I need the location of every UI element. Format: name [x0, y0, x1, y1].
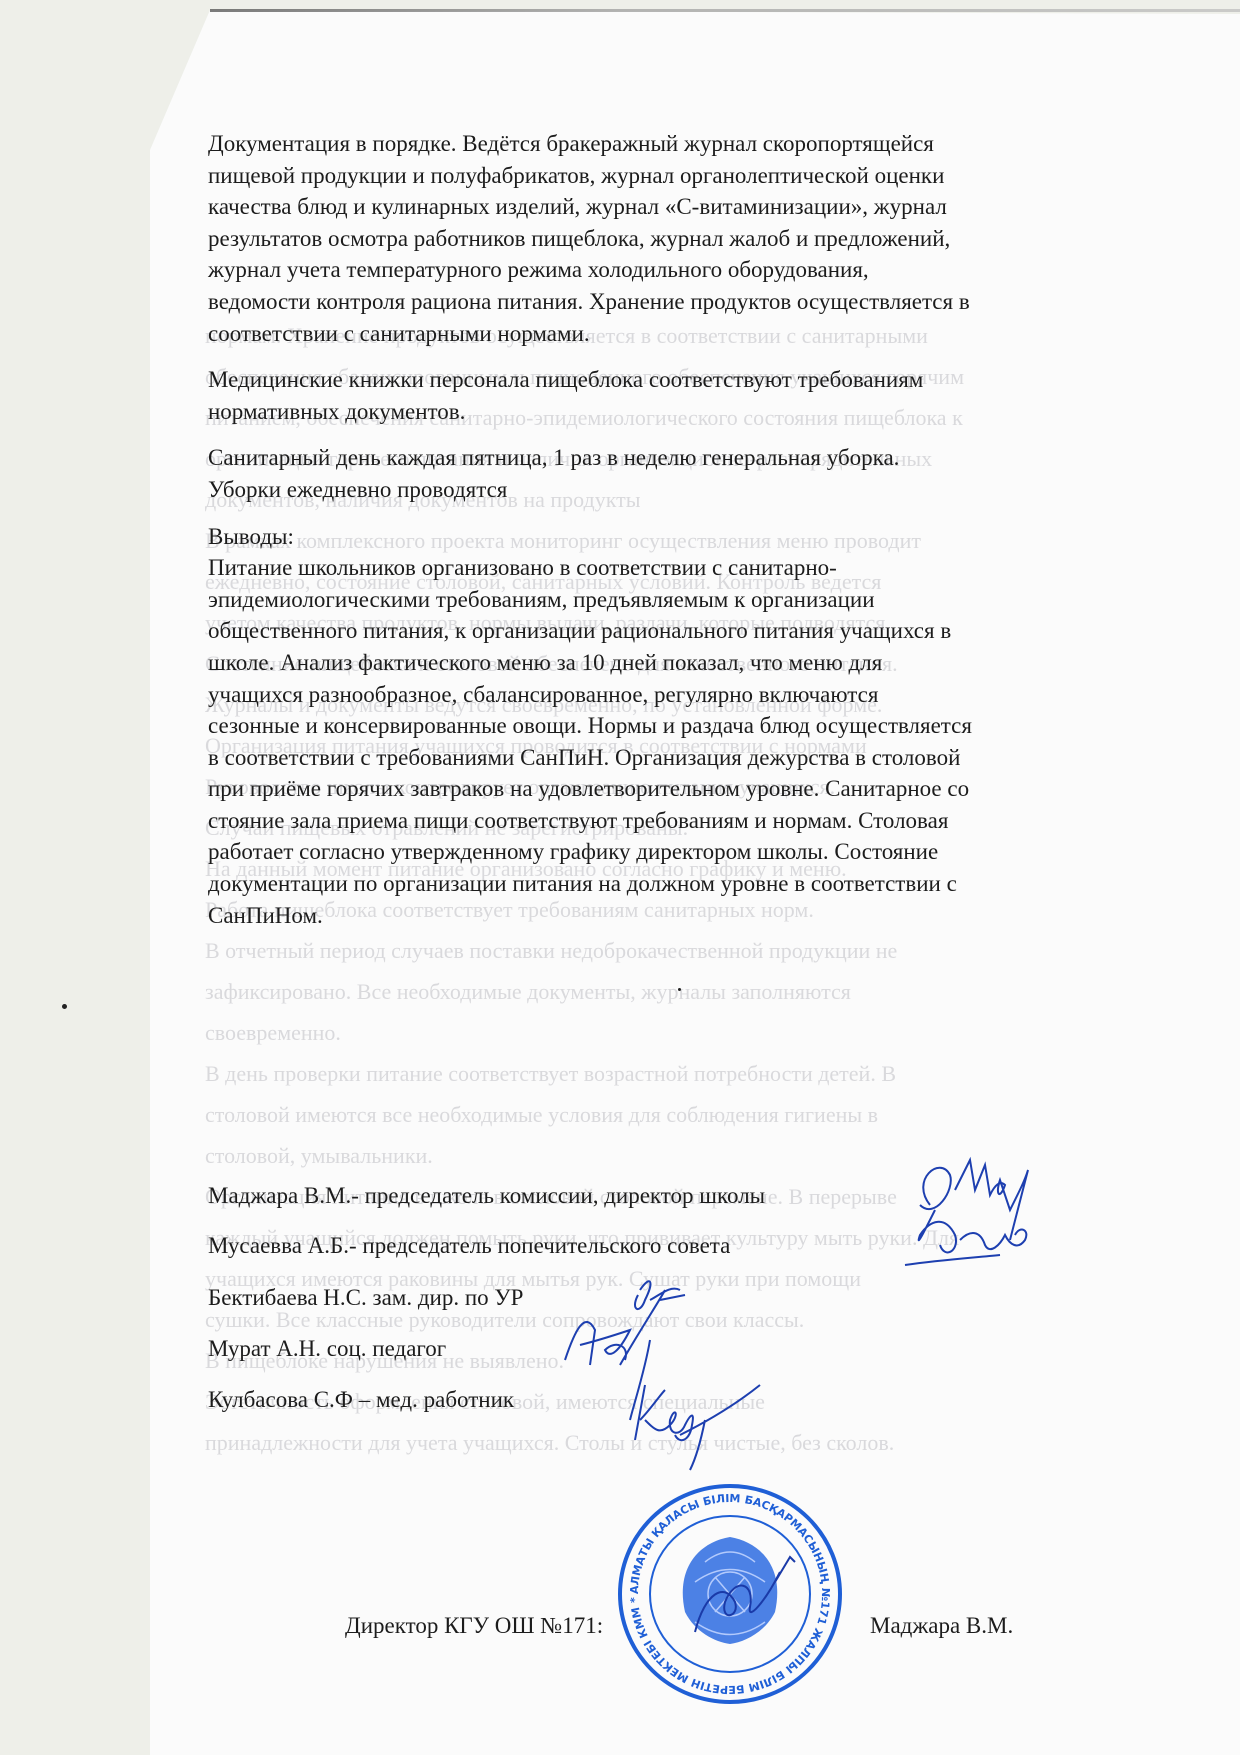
signatory-2: Мусаевва А.Б.- председатель попечительск… — [208, 1233, 730, 1259]
scan-speck — [62, 1004, 67, 1009]
signature-kulbasova-icon — [620, 1365, 770, 1475]
text-line: документации по организации питания на д… — [208, 868, 972, 900]
text-line: при приёме горячих завтраков на удовлетв… — [208, 773, 972, 805]
signatory-1: Маджара В.М.- председатель комиссии, дир… — [208, 1183, 765, 1209]
text-line: Санитарный день каждая пятница, 1 раз в … — [208, 442, 972, 474]
text-line: СанПиНом. — [208, 900, 972, 932]
text-line: нормативных документов. — [208, 396, 972, 428]
conclusions-text: Питание школьников организовано в соотве… — [208, 552, 972, 931]
show-through-line: зафиксировано. Все необходимые документы… — [205, 976, 1205, 1007]
text-line: результатов осмотра работников пищеблока… — [208, 223, 972, 255]
paragraph-documentation: Документация в порядке. Ведётся бракераж… — [208, 128, 972, 349]
page-edge-shadow — [210, 9, 1240, 12]
show-through-line: столовой имеются все необходимые условия… — [205, 1099, 1205, 1130]
paragraph-sanitary-day: Санитарный день каждая пятница, 1 раз в … — [208, 442, 972, 505]
text-line: ведомости контроля рациона питания. Хран… — [208, 286, 972, 318]
text-line: эпидемиологическими требованиям, предъяв… — [208, 584, 972, 616]
footer-director-name: Маджара В.М. — [870, 1613, 1013, 1639]
text-line: в соответствии с требованиями СанПиН. Ор… — [208, 742, 972, 774]
scan-speck — [678, 988, 681, 991]
text-line: общественного питания, к организации рац… — [208, 615, 972, 647]
text-line: журнал учета температурного режима холод… — [208, 254, 972, 286]
text-line: пищевой продукции и полуфабрикатов, журн… — [208, 160, 972, 192]
conclusions-heading: Выводы: — [208, 521, 972, 553]
paragraph-medical-books: Медицинские книжки персонала пищеблока с… — [208, 364, 972, 427]
text-line: Медицинские книжки персонала пищеблока с… — [208, 364, 972, 396]
text-line: стояние зала приема пищи соответствуют т… — [208, 805, 972, 837]
signature-madzhara-musaeva-icon — [900, 1150, 1100, 1290]
show-through-line: В день проверки питание соответствует во… — [205, 1058, 1205, 1089]
signatory-5: Кулбасова С.Ф – мед. работник — [208, 1387, 514, 1413]
text-line: сезонные и консервированные овощи. Нормы… — [208, 710, 972, 742]
text-line: качества блюд и кулинарных изделий, журн… — [208, 191, 972, 223]
show-through-line: В отчетный период случаев поставки недоб… — [205, 935, 1205, 966]
official-seal-icon: АЛМАТЫ ҚАЛАСЫ БІЛІМ БАСҚАРМАСЫНЫҢ №171 Ж… — [615, 1482, 845, 1707]
signatory-3: Бектибаева Н.С. зам. дир. по УР — [208, 1285, 523, 1311]
text-line: Уборки ежедневно проводятся — [208, 474, 972, 506]
document-body: Документация в порядке. Ведётся бракераж… — [208, 128, 972, 931]
text-line: работает согласно утвержденному графику … — [208, 836, 972, 868]
text-line: Питание школьников организовано в соотве… — [208, 552, 972, 584]
text-line: Документация в порядке. Ведётся бракераж… — [208, 128, 972, 160]
signatory-4: Мурат А.Н. соц. педагог — [208, 1336, 446, 1362]
text-line: школе. Анализ фактического меню за 10 дн… — [208, 647, 972, 679]
show-through-line: своевременно. — [205, 1017, 1205, 1048]
footer-director-title: Директор КГУ ОШ №171: — [345, 1613, 603, 1639]
text-line: учащихся разнообразное, сбалансированное… — [208, 679, 972, 711]
text-line: соответствии с санитарными нормами. — [208, 318, 972, 350]
